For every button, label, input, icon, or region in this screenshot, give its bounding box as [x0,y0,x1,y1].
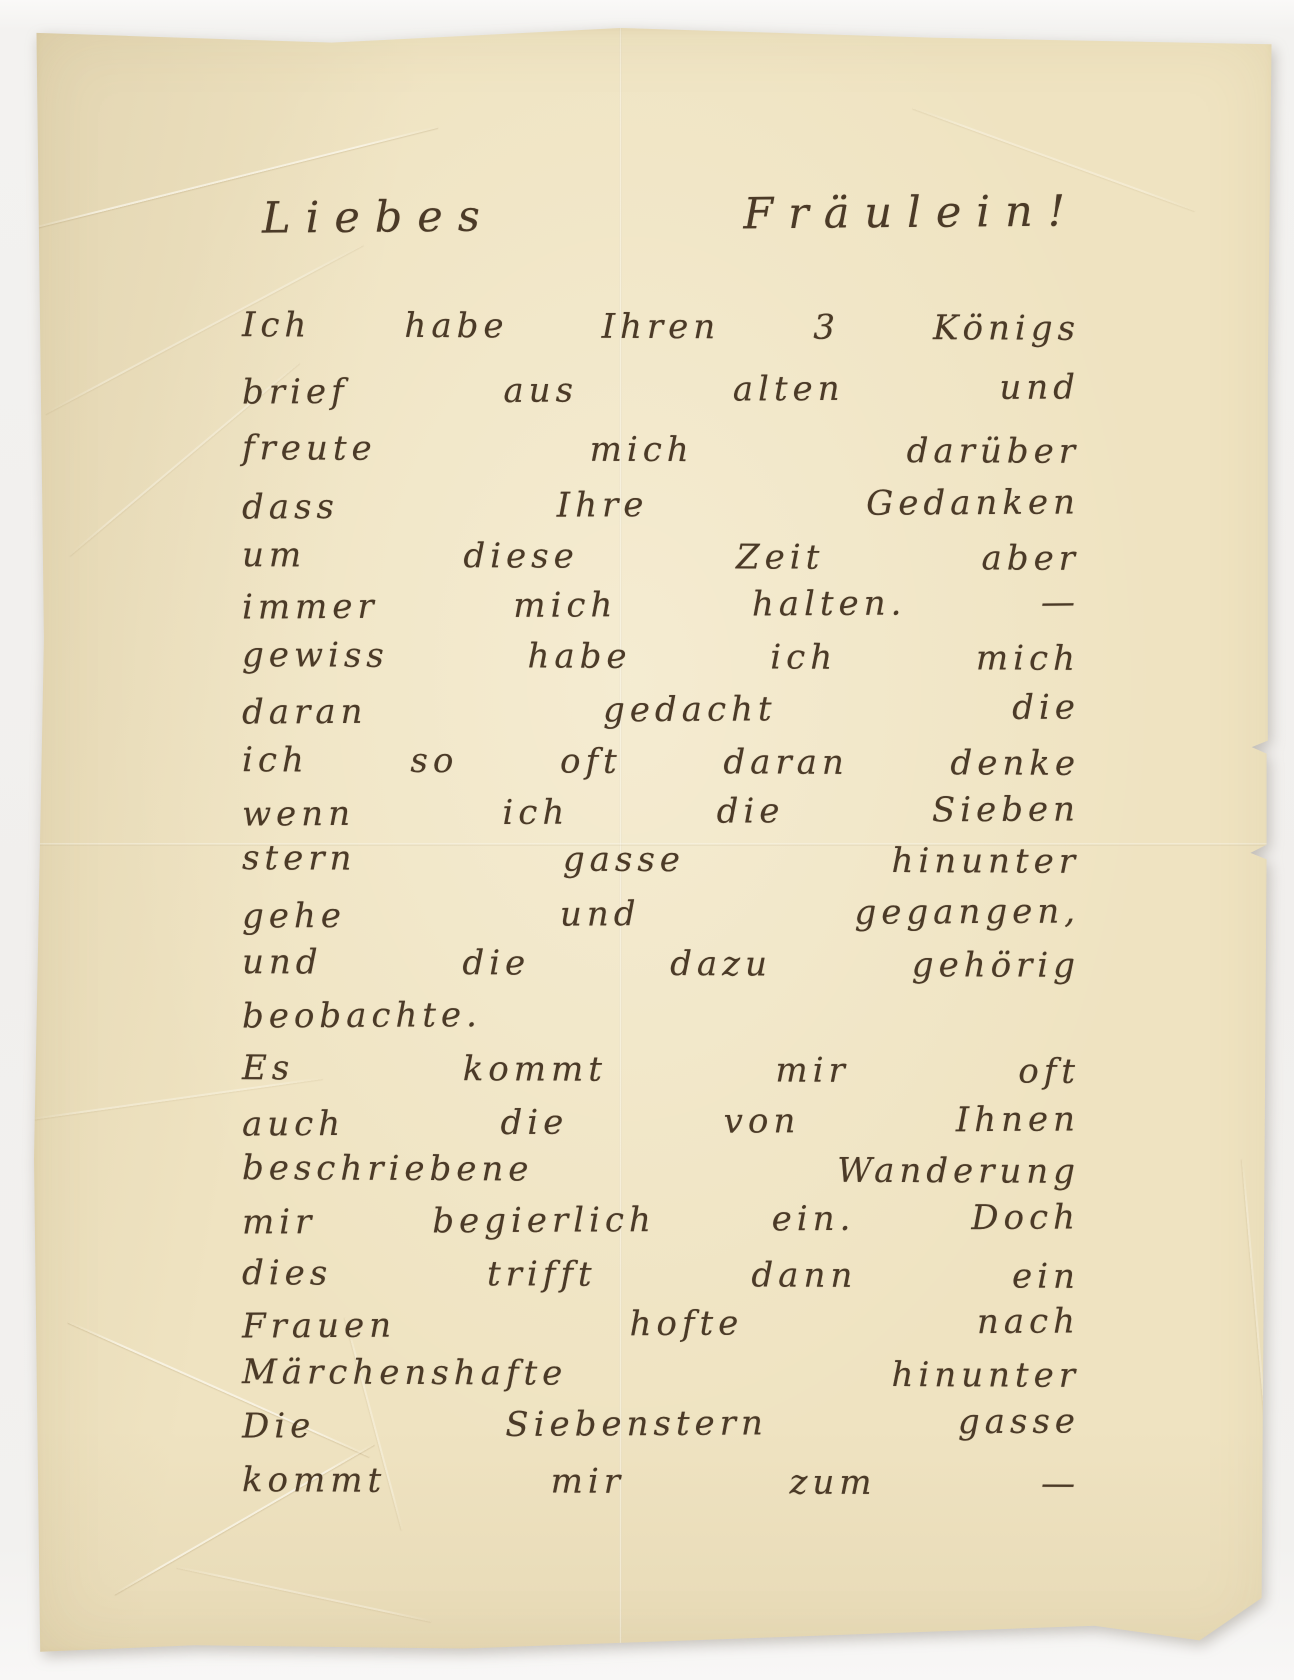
letter-line: kommt mir zum — [242,1462,1080,1503]
letter-line: Es kommt mir oft [242,1050,1080,1091]
salutation-line: Liebes Fräulein! [262,186,1080,243]
letter-page: Liebes Fräulein! Ich habe Ihren 3 Königs… [34,28,1274,1655]
letter-line: immer mich halten. — [242,584,1080,627]
letter-line: um diese Zeit aber [242,537,1080,578]
photo-backdrop: Liebes Fräulein! Ich habe Ihren 3 Königs… [0,0,1294,1680]
letter-line: freute mich darüber [242,430,1080,471]
letter-line: brief aus alten und [242,369,1080,412]
letter-line: beschriebene Wanderung [242,1150,1080,1191]
crease-line [177,1566,432,1622]
letter-line: gehe und gegangen, [242,893,1080,936]
letter-line: gewiss habe ich mich [242,637,1080,678]
letter-line: und die dazu gehörig [242,944,1080,985]
letter-line: Märchenshafte hinunter [242,1354,1080,1395]
letter-line: Ich habe Ihren 3 Königs [242,307,1080,348]
letter-line: dies trifft dann ein [242,1255,1080,1296]
letter-line: stern gasse hinunter [242,840,1080,881]
letter-line: Frauen hofte nach [242,1303,1080,1346]
letter-line: dass Ihre Gedanken [242,484,1080,527]
letter-line: mir begierlich ein. Doch [242,1199,1080,1242]
letter-line: wenn ich die Sieben [242,791,1080,834]
letter-line: auch die von Ihnen [242,1101,1080,1144]
letter-line: Die Siebenstern gasse [242,1403,1080,1446]
crease-line [1242,1159,1267,1418]
letter-line: ich so oft daran denke [242,742,1080,783]
letter-page-wrap: Liebes Fräulein! Ich habe Ihren 3 Königs… [34,28,1274,1655]
letter-line: daran gedacht die [242,689,1080,732]
letter-line: beobachte. [242,993,1080,1036]
